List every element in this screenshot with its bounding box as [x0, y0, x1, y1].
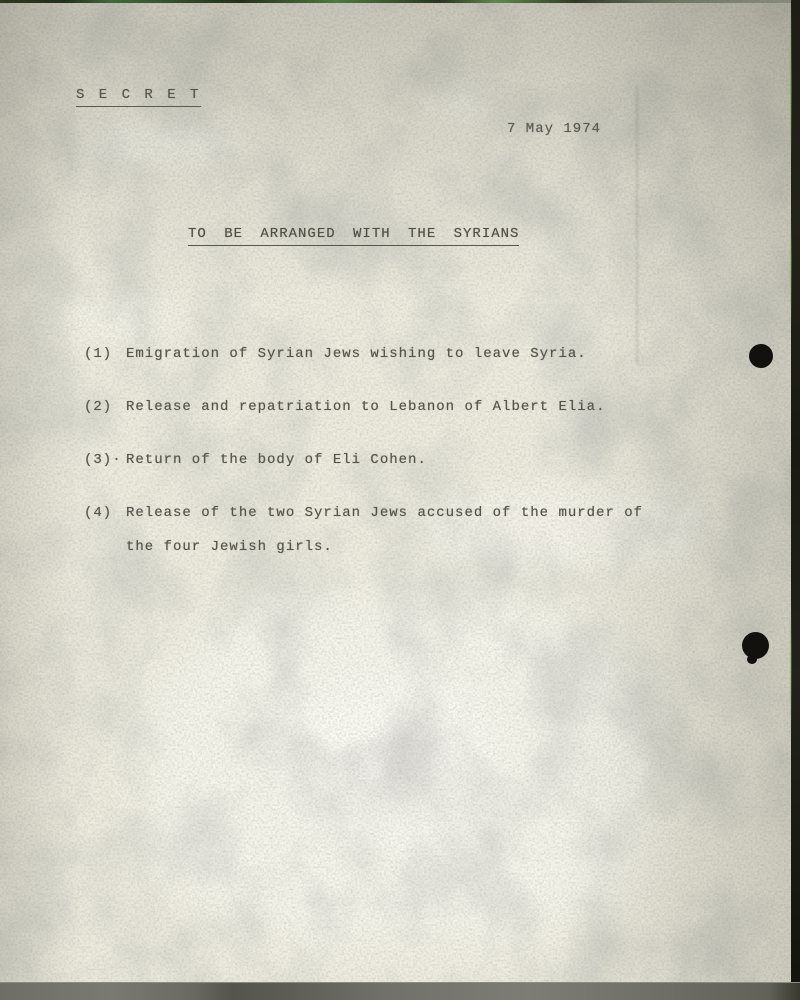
- item-text: Release and repatriation to Lebanon of A…: [126, 390, 671, 424]
- paper-crease-line: [636, 85, 638, 365]
- paper-light-patch: [90, 120, 240, 165]
- item-number: (2): [84, 390, 126, 424]
- list-item-4: (4) Release of the two Syrian Jews accus…: [84, 496, 671, 564]
- document-date: 7 May 1974: [507, 121, 601, 137]
- scanned-document-page: S E C R E T 7 May 1974 TO BE ARRANGED WI…: [0, 0, 800, 1000]
- paper-light-patch: [60, 300, 180, 340]
- scan-shading-left: [0, 0, 80, 1000]
- item-number: (1): [84, 337, 126, 371]
- document-title: TO BE ARRANGED WITH THE SYRIANS: [188, 226, 519, 246]
- paper-light-patch: [140, 590, 660, 950]
- scan-edge-right: [791, 0, 800, 1000]
- item-number: (3)·: [84, 443, 126, 477]
- hole-punch-top: [749, 344, 773, 368]
- hole-punch-bottom: [742, 632, 769, 659]
- paper-light-patch: [430, 85, 490, 120]
- classification-stamp: S E C R E T: [76, 87, 201, 107]
- item-number: (4): [84, 496, 126, 530]
- scan-edge-bottom: [0, 982, 800, 1000]
- list-item-3: (3)· Return of the body of Eli Cohen.: [84, 443, 671, 477]
- scan-edge-top: [0, 0, 800, 3]
- list-item-2: (2) Release and repatriation to Lebanon …: [84, 390, 671, 424]
- scan-edge-green-glint: [790, 0, 792, 1000]
- scan-shading-top: [0, 0, 800, 300]
- item-text: Return of the body of Eli Cohen.: [126, 443, 671, 477]
- hole-punch-bottom-smudge: [747, 655, 757, 664]
- item-text: Emigration of Syrian Jews wishing to lea…: [126, 337, 671, 371]
- list-item-1: (1) Emigration of Syrian Jews wishing to…: [84, 337, 671, 371]
- item-text: Release of the two Syrian Jews accused o…: [126, 496, 671, 564]
- paper-light-patch: [290, 680, 490, 830]
